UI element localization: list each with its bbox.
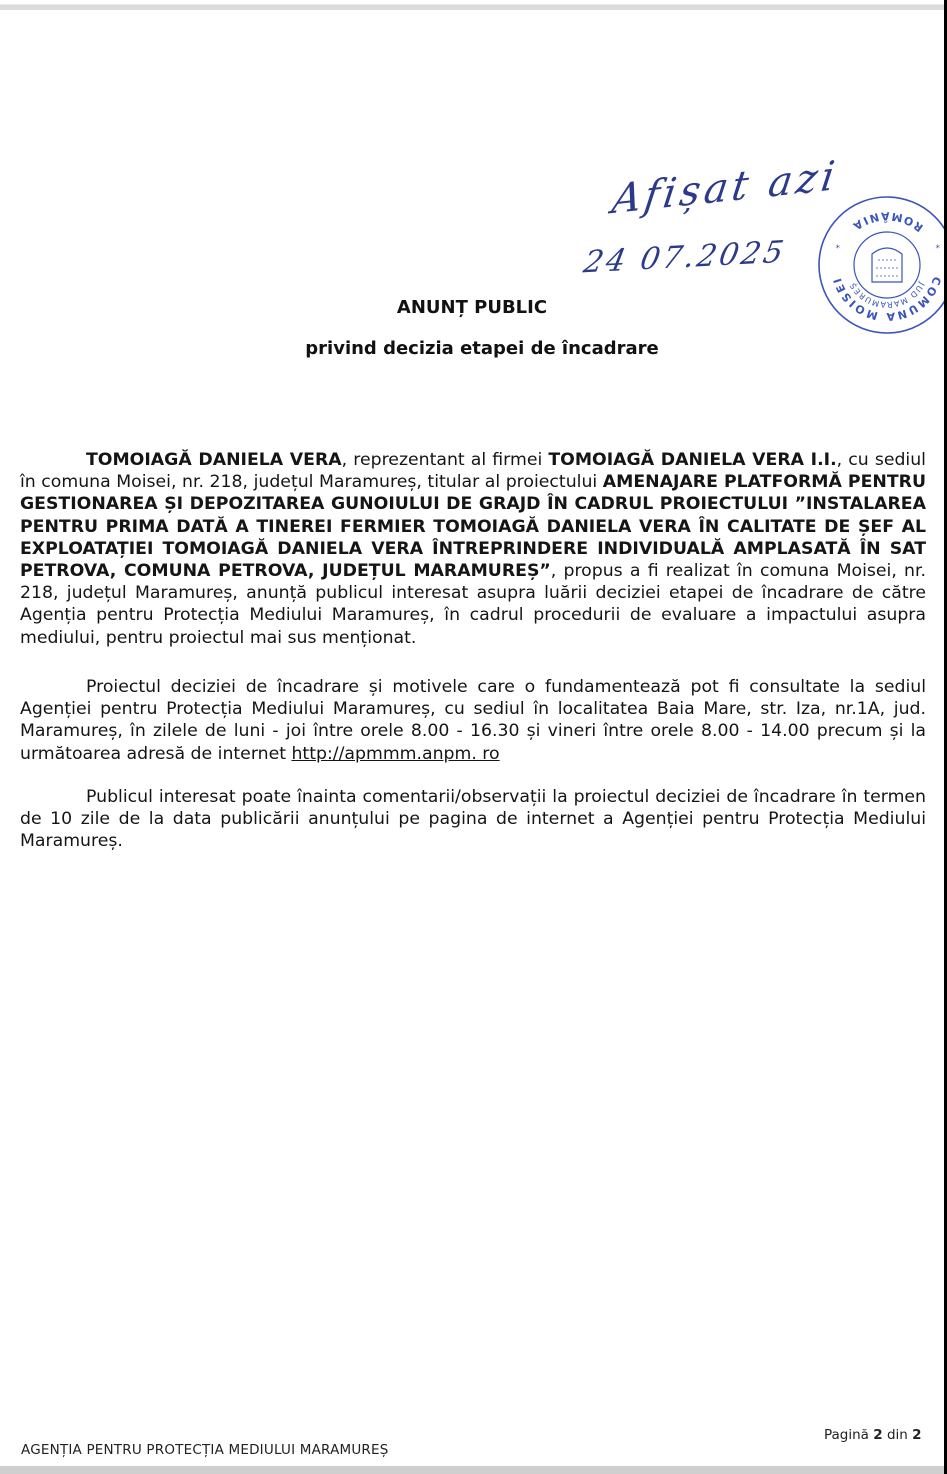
paragraph-comments: Publicul interesat poate înainta comenta… bbox=[20, 786, 926, 865]
paragraph-consultation: Proiectul deciziei de încadrare și motiv… bbox=[20, 676, 926, 777]
page-subtitle: privind decizia etapei de încadrare bbox=[0, 338, 947, 359]
footer-agency-name: AGENȚIA PENTRU PROTECȚIA MEDIULUI MARAMU… bbox=[21, 1442, 389, 1458]
company-name: TOMOIAGĂ DANIELA VERA I.I. bbox=[548, 450, 836, 470]
holder-name: TOMOIAGĂ DANIELA VERA bbox=[86, 450, 342, 470]
page-number: Pagină 2 din 2 bbox=[824, 1427, 922, 1443]
page-title: ANUNȚ PUBLIC bbox=[0, 297, 944, 318]
svg-text:*: * bbox=[935, 239, 940, 249]
svg-text:*: * bbox=[835, 239, 840, 249]
paragraph-announcement: TOMOIAGĂ DANIELA VERA, reprezentant al f… bbox=[20, 449, 926, 661]
scan-bottom-edge bbox=[0, 1466, 947, 1474]
svg-text:ROMÂNIA: ROMÂNIA bbox=[848, 209, 925, 234]
agency-website-link[interactable]: http://apmmm.anpm. ro bbox=[291, 744, 499, 764]
